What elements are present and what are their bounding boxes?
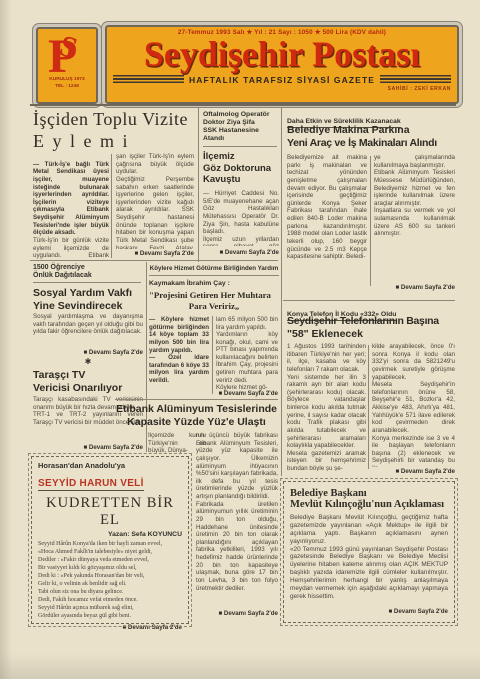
tarasci-headline: Taraşçı TV Vericisi Onarılıyor xyxy=(33,369,143,395)
continued-note: ■ Devamı Sayfa 2'de xyxy=(33,349,143,356)
column-rule xyxy=(198,108,199,262)
muhtara-headline-line2: Para Veririz„ xyxy=(149,301,279,311)
masthead-banner: HAFTALIK TARAFSIZ SİYASİ GAZETE xyxy=(113,75,451,85)
newspaper-logo: P S KURULUŞ 1973 TEL : 1249 xyxy=(33,24,101,107)
etibank-headline-line1: Etibank Alüminyum Tesislerinde xyxy=(115,403,278,416)
belediye-headline-line2: Yeni Araç ve İş Makinaları Alındı xyxy=(287,137,455,150)
column-rule xyxy=(111,154,112,258)
muhtara-column-2: lam 65 milyon 500 bin lira yardım yapıld… xyxy=(216,316,278,392)
newspaper-title: Seydişehir Postası xyxy=(113,36,451,73)
section-rule xyxy=(115,399,278,400)
column-rule xyxy=(370,156,371,286)
column-rule xyxy=(368,345,369,469)
baskan-article-box: Belediye Başkanı Mevlüt Kılınçoğlu'nun A… xyxy=(283,481,455,623)
koylere-kaymakam-line: Kaymakam İbrahim Çay : xyxy=(149,280,279,288)
etibank-headline-line2: Kapasite Yüzde Yüz'e Ulaştı xyxy=(115,416,278,429)
seyyid-title: SEYYİD HARUN VELİ xyxy=(38,478,144,491)
newspaper-front-page: P S KURULUŞ 1973 TEL : 1249 27-Temmuz 19… xyxy=(0,0,480,679)
rule xyxy=(149,275,279,276)
sosyal-headline: Sosyal Yardım Vakfı Yine Sevindirecek xyxy=(33,287,143,313)
sosyal-kicker: 1500 Öğrenciye Önlük Dağıtılacak xyxy=(33,264,143,281)
logo-founded: KURULUŞ 1973 xyxy=(49,77,84,83)
rule xyxy=(203,146,277,147)
goz-kicker: Oftalmolog Operatör Doktor Ziya Şifa SSK… xyxy=(203,111,279,143)
logo-tel: TEL : 1249 xyxy=(55,84,79,90)
vizite-col1-text: Türk-İş'in bir günlük vizite eylemi ilçe… xyxy=(33,237,109,259)
banner-rule-left xyxy=(113,75,184,84)
telefon-headline-line2: "58" Eklenecek xyxy=(287,328,455,341)
continued-note: ■ Devamı Sayfa 2'de xyxy=(372,468,455,475)
vizite-column-2: şan işçiler Türk-İş'in eylem çağrısına b… xyxy=(116,153,194,249)
baskan-title-line2: Mevlüt Kılınçoğlu'nun Açıklaması xyxy=(290,499,448,510)
sosyal-body: Sosyal yardımlaşma ve dayanışma vakfı ta… xyxy=(33,313,143,349)
etibank-column: nın üçüncü büyük fabrikası Etibank Alümi… xyxy=(196,432,278,608)
vizite-headline-line2: E y l e m i xyxy=(33,131,205,152)
vizite-headline-line1: İşçiden Toplu Vizite xyxy=(33,109,205,130)
continued-note: ■ Devamı Sayfa 2'de xyxy=(33,444,143,451)
section-separator-icon: ✱ xyxy=(33,357,143,366)
telefon-headline-line1: Seydişehir Telefonlarının Başına xyxy=(287,315,455,328)
continued-note: ■ Devamı Sayfa 2'de xyxy=(116,250,194,257)
continued-note: ■ Devamı Sayfa 2'de xyxy=(374,284,455,291)
continued-note: ■ Devamı Sayfa 2'de xyxy=(290,608,448,615)
vizite-column-1: — Türk-İş'e bağlı Türk Metal Sendikası ü… xyxy=(33,153,109,259)
masthead-slogan: HAFTALIK TARAFSIZ SİYASİ GAZETE xyxy=(189,75,375,85)
goz-body: — Hürriyet Caddesi No. 5/E'de muayenehan… xyxy=(203,190,279,246)
seyyid-article-box: Horasan'dan Anadolu'ya SEYYİD HARUN VELİ… xyxy=(31,456,189,624)
rule xyxy=(33,282,141,283)
section-rule xyxy=(283,300,455,301)
belediye-column-2: ye çalışmalarında kullanılmaya başlanmış… xyxy=(374,154,455,282)
newspaper-logo-monogram-icon: P S xyxy=(47,30,87,76)
column-rule xyxy=(212,316,213,394)
masthead-owner: SAHİBİ : ZEKİ ERKAN xyxy=(113,86,451,92)
goz-headline: İlçemiz Göz Doktoruna Kavuştu xyxy=(203,151,279,186)
banner-rule-right xyxy=(380,75,451,84)
muhtara-headline-line1: "Projesini Getiren Her Muhtara xyxy=(149,290,279,300)
seyyid-poem: Seyyid Hârûn Konya'da iken bir hayli zam… xyxy=(38,541,182,621)
masthead-divider xyxy=(30,104,456,106)
belediye-headline-line1: Belediye Makina Parkına xyxy=(287,124,455,137)
masthead: 27-Temmuz 1993 Salı ★ Yıl : 21 Sayı : 10… xyxy=(102,22,462,107)
seyyid-kicker: Horasan'dan Anadolu'ya xyxy=(38,462,182,471)
continued-note: ■ Devamı Sayfa 2'de xyxy=(203,249,279,256)
belediye-column-1: Belediyemize ait makina parkı iş makinal… xyxy=(287,154,367,296)
baskan-title-line1: Belediye Başkanı xyxy=(290,488,448,499)
seyyid-byline: Yazan: Sefa KOYUNCU xyxy=(38,531,182,538)
telefon-column-2: kilde arayabilecek, önce 0'ı sonra Konya… xyxy=(372,343,455,467)
section-rule xyxy=(30,260,278,261)
telefon-column-1: 1 Ağustos 1993 tarihinden itibaren Türki… xyxy=(287,343,366,471)
seyyid-title-wrap: SEYYİD HARUN VELİ xyxy=(38,473,182,491)
muhtara-bullets: — Köylere hizmet götürme birliğinden 14 … xyxy=(149,316,209,396)
continued-note: ■ Devamı Sayfa 2'de xyxy=(38,624,182,631)
column-rule xyxy=(281,108,282,476)
vizite-lead: — Türk-İş'e bağlı Türk Metal Sendikası ü… xyxy=(33,161,109,237)
continued-note: ■ Devamı Sayfa 2'de xyxy=(216,390,278,397)
continued-note: ■ Devamı Sayfa 2'de xyxy=(196,610,278,617)
koylere-header: Köylere Hizmet Götürme Birliğinden Yardı… xyxy=(149,265,279,272)
seyyid-headline: KUDRETTEN BİR EL xyxy=(38,495,182,529)
baskan-body: Belediye Başkanı Mevlüt Kılınçoğlu, geçt… xyxy=(290,514,448,606)
